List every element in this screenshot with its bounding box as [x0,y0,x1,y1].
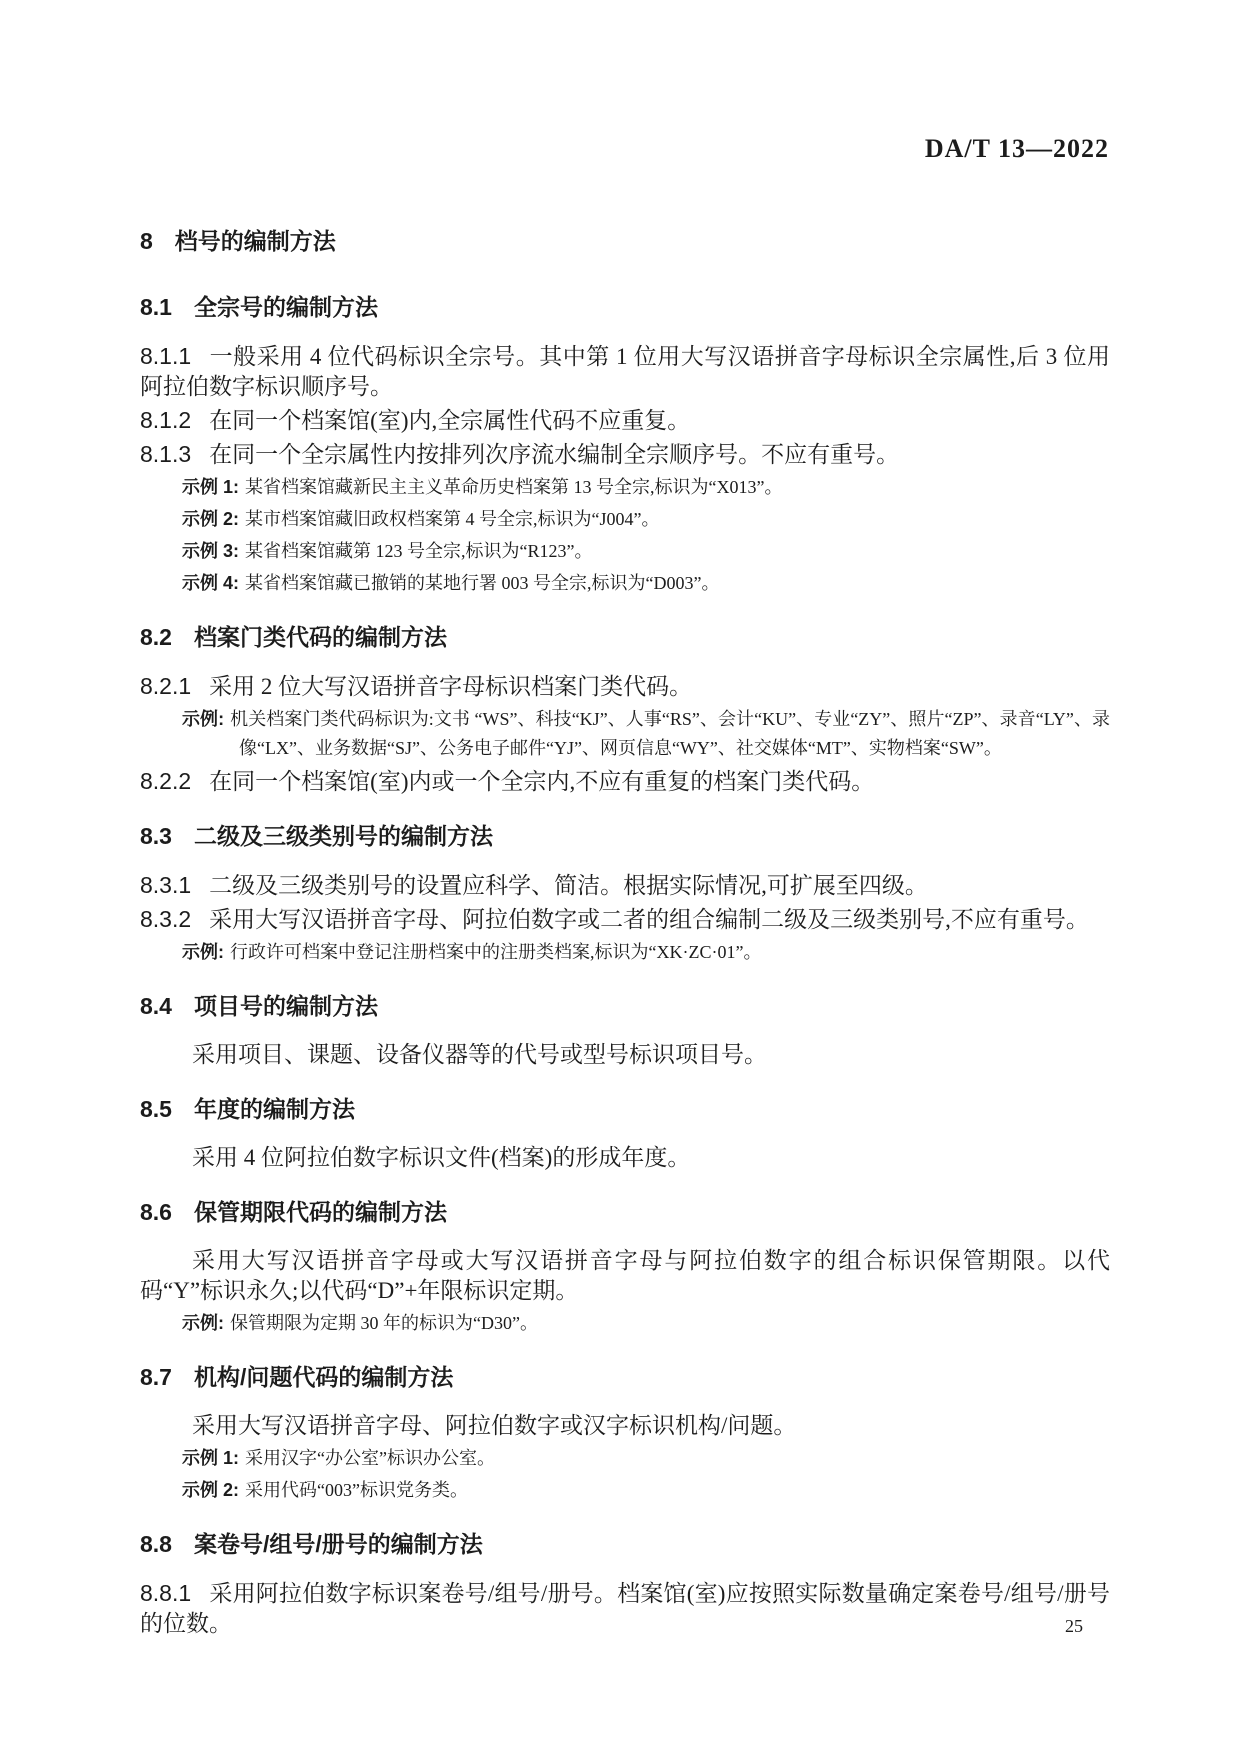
clause-text: 一般采用 4 位代码标识全宗号。其中第 1 位用大写汉语拼音字母标识全宗属性,后… [140,344,1110,399]
section-heading-8-7: 8.7机构/问题代码的编制方法 [140,1364,1110,1390]
page-content: 8档号的编制方法 8.1全宗号的编制方法 8.1.1一般采用 4 位代码标识全宗… [140,228,1110,1642]
clause-number: 8.2.1 [140,673,191,699]
clause-number: 8.8.1 [140,1580,191,1606]
section-paragraph-8-4: 采用项目、课题、设备仪器等的代号或型号标识项目号。 [140,1040,1110,1070]
clause-8-1-3: 8.1.3在同一个全宗属性内按排列次序流水编制全宗顺序号。不应有重号。 [140,439,1110,470]
example-8-1-3-4: 示例 4:某省档案馆藏已撤销的某地行署 003 号全宗,标识为“D003”。 [239,569,1110,598]
section-heading-8-2: 8.2档案门类代码的编制方法 [140,624,1110,650]
example-text: 某省档案馆藏已撤销的某地行署 003 号全宗,标识为“D003”。 [245,573,719,593]
section-title: 全宗号的编制方法 [194,294,378,320]
clause-8-8-1: 8.8.1采用阿拉伯数字标识案卷号/组号/册号。档案馆(室)应按照实际数量确定案… [140,1578,1110,1639]
example-label: 示例: [182,709,224,729]
section-number: 8.6 [140,1199,172,1225]
document-page: DA/T 13—2022 8档号的编制方法 8.1全宗号的编制方法 8.1.1一… [0,0,1241,1754]
example-label: 示例 1: [182,1448,239,1468]
clause-text: 在同一个全宗属性内按排列次序流水编制全宗顺序号。不应有重号。 [209,442,899,467]
clause-8-1-2: 8.1.2在同一个档案馆(室)内,全宗属性代码不应重复。 [140,405,1110,436]
clause-number: 8.1.3 [140,441,191,467]
clause-number: 8.2.2 [140,768,191,794]
section-title: 机构/问题代码的编制方法 [194,1364,453,1390]
section-number: 8.8 [140,1531,172,1557]
section-number: 8.3 [140,823,172,849]
chapter-title: 档号的编制方法 [175,228,336,254]
example-8-7-1: 示例 1:采用汉字“办公室”标识办公室。 [239,1444,1110,1473]
section-paragraph-8-6: 采用大写汉语拼音字母或大写汉语拼音字母与阿拉伯数字的组合标识保管期限。以代码“Y… [140,1246,1110,1306]
section-number: 8.7 [140,1364,172,1390]
chapter-heading: 8档号的编制方法 [140,228,1110,254]
section-number: 8.2 [140,624,172,650]
clause-number: 8.3.1 [140,872,191,898]
section-title: 档案门类代码的编制方法 [194,624,447,650]
section-heading-8-5: 8.5年度的编制方法 [140,1096,1110,1122]
section-title: 年度的编制方法 [194,1096,355,1122]
example-8-2-1: 示例:机关档案门类代码标识为:文书 “WS”、科技“KJ”、人事“RS”、会计“… [239,705,1110,763]
section-heading-8-6: 8.6保管期限代码的编制方法 [140,1199,1110,1225]
chapter-number: 8 [140,228,153,254]
example-label: 示例 4: [182,573,239,593]
example-8-6: 示例:保管期限为定期 30 年的标识为“D30”。 [239,1309,1110,1338]
section-paragraph-8-5: 采用 4 位阿拉伯数字标识文件(档案)的形成年度。 [140,1143,1110,1173]
clause-8-3-2: 8.3.2采用大写汉语拼音字母、阿拉伯数字或二者的组合编制二级及三级类别号,不应… [140,904,1110,935]
example-label: 示例: [182,1313,224,1333]
clause-text: 采用 2 位大写汉语拼音字母标识档案门类代码。 [209,674,692,699]
section-number: 8.4 [140,993,172,1019]
clause-8-3-1: 8.3.1二级及三级类别号的设置应科学、简洁。根据实际情况,可扩展至四级。 [140,870,1110,901]
clause-text: 二级及三级类别号的设置应科学、简洁。根据实际情况,可扩展至四级。 [209,873,928,898]
example-text: 保管期限为定期 30 年的标识为“D30”。 [230,1313,538,1333]
example-text: 某省档案馆藏第 123 号全宗,标识为“R123”。 [245,541,592,561]
section-number: 8.1 [140,294,172,320]
section-title: 案卷号/组号/册号的编制方法 [194,1531,483,1557]
example-label: 示例 2: [182,509,239,529]
clause-number: 8.1.1 [140,343,191,369]
clause-number: 8.3.2 [140,906,191,932]
example-label: 示例: [182,942,224,962]
example-8-7-2: 示例 2:采用代码“003”标识党务类。 [239,1476,1110,1505]
example-text: 行政许可档案中登记注册档案中的注册类档案,标识为“XK·ZC·01”。 [230,942,761,962]
clause-8-2-2: 8.2.2在同一个档案馆(室)内或一个全宗内,不应有重复的档案门类代码。 [140,766,1110,797]
section-title: 保管期限代码的编制方法 [194,1199,447,1225]
example-8-3-2: 示例:行政许可档案中登记注册档案中的注册类档案,标识为“XK·ZC·01”。 [239,938,1110,967]
section-number: 8.5 [140,1096,172,1122]
page-number: 25 [1065,1616,1083,1637]
clause-number: 8.1.2 [140,407,191,433]
example-8-1-3-2: 示例 2:某市档案馆藏旧政权档案第 4 号全宗,标识为“J004”。 [239,505,1110,534]
clause-text: 采用大写汉语拼音字母、阿拉伯数字或二者的组合编制二级及三级类别号,不应有重号。 [209,907,1089,932]
section-heading-8-4: 8.4项目号的编制方法 [140,993,1110,1019]
clause-text: 在同一个档案馆(室)内或一个全宗内,不应有重复的档案门类代码。 [209,769,874,794]
section-heading-8-3: 8.3二级及三级类别号的编制方法 [140,823,1110,849]
example-text: 机关档案门类代码标识为:文书 “WS”、科技“KJ”、人事“RS”、会计“KU”… [230,709,1110,758]
example-text: 采用汉字“办公室”标识办公室。 [245,1448,495,1468]
section-paragraph-8-7: 采用大写汉语拼音字母、阿拉伯数字或汉字标识机构/问题。 [140,1411,1110,1441]
example-text: 采用代码“003”标识党务类。 [245,1480,468,1500]
example-8-1-3-1: 示例 1:某省档案馆藏新民主主义革命历史档案第 13 号全宗,标识为“X013”… [239,473,1110,502]
clause-text: 在同一个档案馆(室)内,全宗属性代码不应重复。 [209,408,690,433]
example-label: 示例 3: [182,541,239,561]
section-title: 项目号的编制方法 [194,993,378,1019]
section-heading-8-1: 8.1全宗号的编制方法 [140,294,1110,320]
clause-text: 采用阿拉伯数字标识案卷号/组号/册号。档案馆(室)应按照实际数量确定案卷号/组号… [140,1581,1110,1636]
section-title: 二级及三级类别号的编制方法 [194,823,493,849]
clause-8-1-1: 8.1.1一般采用 4 位代码标识全宗号。其中第 1 位用大写汉语拼音字母标识全… [140,341,1110,402]
clause-8-2-1: 8.2.1采用 2 位大写汉语拼音字母标识档案门类代码。 [140,671,1110,702]
doc-code: DA/T 13—2022 [925,134,1109,164]
example-text: 某省档案馆藏新民主主义革命历史档案第 13 号全宗,标识为“X013”。 [245,477,782,497]
example-label: 示例 1: [182,477,239,497]
example-label: 示例 2: [182,1480,239,1500]
example-8-1-3-3: 示例 3:某省档案馆藏第 123 号全宗,标识为“R123”。 [239,537,1110,566]
section-heading-8-8: 8.8案卷号/组号/册号的编制方法 [140,1531,1110,1557]
example-text: 某市档案馆藏旧政权档案第 4 号全宗,标识为“J004”。 [245,509,659,529]
